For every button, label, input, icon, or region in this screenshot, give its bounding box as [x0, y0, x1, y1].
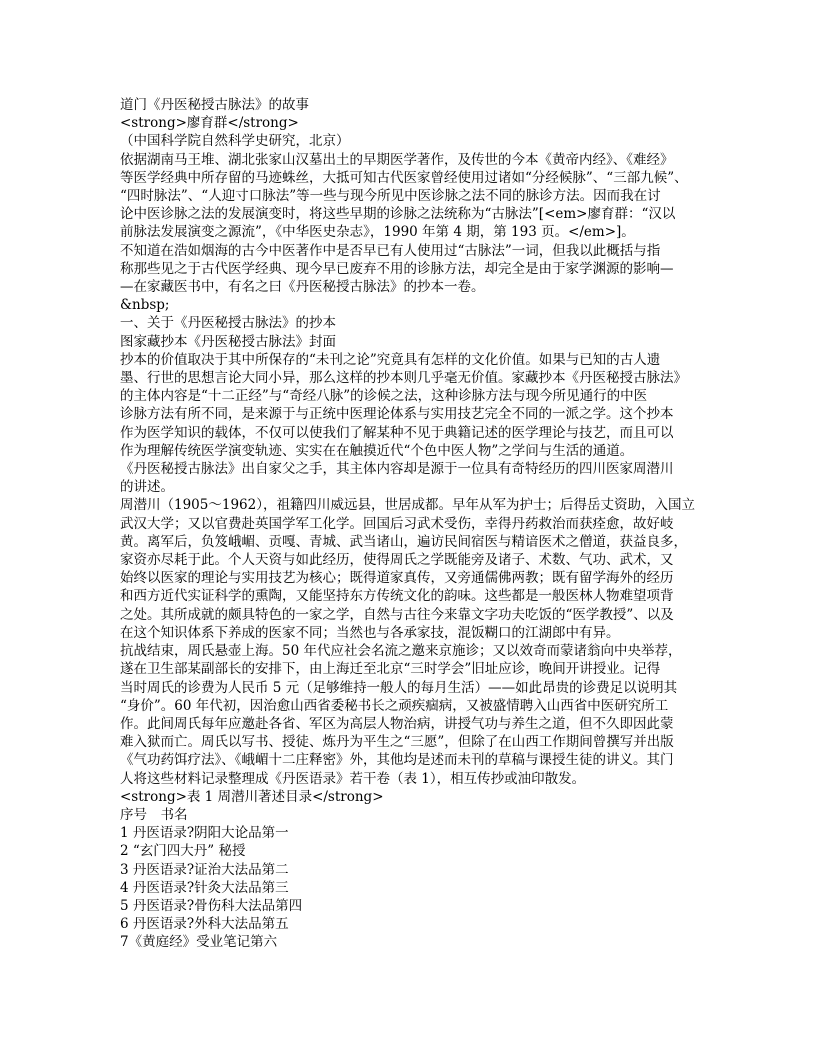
table-row-line: 6 丹医语录?外科大法品第五 — [120, 915, 704, 933]
body-text-line: 作。此间周氏每年应邀赴各省、军区为高层人物治病，讲授气功与养生之道，但不久即因此… — [120, 715, 704, 733]
body-text-line: 之处。其所成就的颇具特色的一家之学，自然与古往今来靠文字功夫吃饭的“医学教授”、… — [120, 606, 704, 624]
body-text-line: 抄本的价值取决于其中所保存的“未刊之论”究竟具有怎样的文化价值。如果与已知的古人… — [120, 351, 704, 369]
body-text-line: 一、关于《丹医秘授古脉法》的抄本 — [120, 314, 704, 332]
body-text-line: 武汉大学；又以官费赴英国学军工化学。回国后习武术受伤，幸得丹药救治而获痊愈，故好… — [120, 515, 704, 533]
table-row-line: 3 丹医语录?证治大法品第二 — [120, 861, 704, 879]
body-text-line: 的主体内容是“十二正经”与“奇经八脉”的诊候之法，这种诊脉方法与现今所见通行的中… — [120, 387, 704, 405]
body-text-line: 周潜川（1905～1962），祖籍四川威远县，世居成都。早年从军为护士；后得岳丈… — [120, 496, 704, 514]
table-row-line: 5 丹医语录?骨伤科大法品第四 — [120, 897, 704, 915]
body-text-line: 《气功药饵疗法》、《峨嵋十二庄释密》外，其他均是述而未刊的草稿与课授生徒的讲义。… — [120, 751, 704, 769]
body-text-line: 的讲述。 — [120, 478, 704, 496]
body-text-line: 诊脉方法有所不同，是来源于与正统中医理论体系与实用技艺完全不同的一派之学。这个抄… — [120, 405, 704, 423]
body-text-line: “四时脉法”、“人迎寸口脉法”等一些与现今所见中医诊脉之法不同的脉诊方法。因而我… — [120, 187, 704, 205]
body-text-line: 在这个知识体系下养成的医家不同；当然也与各承家技，混饭糊口的江湖郎中有异。 — [120, 624, 704, 642]
table-row-line: 4 丹医语录?针灸大法品第三 — [120, 879, 704, 897]
table-caption: <strong>表 1 周潜川著述目录</strong> — [120, 788, 704, 806]
table-row-line: 1 丹医语录?阴阳大论品第一 — [120, 824, 704, 842]
article-body: 依据湖南马王堆、湖北张家山汉墓出土的早期医学著作，及传世的今本《黄帝内经》、《难… — [120, 151, 704, 788]
body-text-line: 难入狱而亡。周氏以写书、授徒、炼丹为平生之“三愿”，但除了在山西工作期间曾撰写并… — [120, 733, 704, 751]
body-text-line: 作为理解传统医学演变轨迹、实实在在触摸近代“个色中医人物”之学问与生活的通道。 — [120, 442, 704, 460]
body-text-line: 和西方近代实证科学的熏陶，又能坚持东方传统文化的韵味。这些都是一般医林人物难望项… — [120, 587, 704, 605]
body-text-line: 作为医学知识的载体，不仅可以使我们了解某种不见于典籍记述的医学理论与技艺，而且可… — [120, 424, 704, 442]
body-text-line: 人将这些材料记录整理成《丹医语录》若干卷（表 1），相互传抄或油印散发。 — [120, 770, 704, 788]
body-text-line: 《丹医秘授古脉法》出自家父之手，其主体内容却是源于一位具有奇特经历的四川医家周潜… — [120, 460, 704, 478]
article-affiliation: （中国科学院自然科学史研究，北京） — [120, 132, 704, 150]
article-title: 道门《丹医秘授古脉法》的故事 — [120, 96, 704, 114]
body-text-line: 墨、行世的思想言论大同小异，那么这样的抄本则几乎毫无价值。家藏抄本《丹医秘授古脉… — [120, 369, 704, 387]
table-row-line: 2 “玄门四大丹” 秘授 — [120, 842, 704, 860]
body-text-line: 不知道在浩如烟海的古今中医著作中是否早已有人使用过“古脉法”一词，但我以此概括与… — [120, 242, 704, 260]
body-text-line: 依据湖南马王堆、湖北张家山汉墓出土的早期医学著作，及传世的今本《黄帝内经》、《难… — [120, 151, 704, 169]
body-text-line: 当时周氏的诊费为人民币 5 元（足够维持一般人的每月生活）——如此昂贵的诊费足以… — [120, 679, 704, 697]
body-text-line: 等医学经典中所存留的马迹蛛丝，大抵可知古代医家曾经使用过诸如“分经候脉”、“三部… — [120, 169, 704, 187]
table-row-line: 7《黄庭经》受业笔记第六 — [120, 933, 704, 951]
article-byline: <strong>廖育群</strong> — [120, 114, 704, 132]
body-text-line: “身价”。60 年代初，因治愈山西省委秘书长之顽疾痼病，又被盛情聘入山西省中医研… — [120, 697, 704, 715]
body-text-line: 称那些见之于古代医学经典、现今早已废弃不用的诊脉方法，却完全是由于家学渊源的影响… — [120, 260, 704, 278]
body-text-line: —在家藏医书中，有名之曰《丹医秘授古脉法》的抄本一卷。 — [120, 278, 704, 296]
table-header: 序号 书名 — [120, 806, 704, 824]
body-text-line: 黄。离军后，负笈峨嵋、贡嘎、青城、武当诸山，遍访民间宿医与精谙医术之僧道，获益良… — [120, 533, 704, 551]
body-text-line: 前脉法发展演变之源流”，《中华医史杂志》，1990 年第 4 期，第 193 页… — [120, 223, 704, 241]
body-text-line: 始终以医家的理论与实用技艺为核心；既得道家真传，又旁通儒佛两教；既有留学海外的经… — [120, 569, 704, 587]
document-page: 道门《丹医秘授古脉法》的故事 <strong>廖育群</strong> （中国科… — [0, 0, 816, 1056]
body-text-line: 图家藏抄本《丹医秘授古脉法》封面 — [120, 333, 704, 351]
body-text-line: 抗战结束，周氏悬壶上海。50 年代应社会名流之邀来京施诊；又以效奇而蒙诸翁向中央… — [120, 642, 704, 660]
body-text-line: 家资亦尽耗于此。个人天资与如此经历，使得周氏之学既能旁及诸子、术数、气功、武术，… — [120, 551, 704, 569]
body-text-line: 遂在卫生部某副部长的安排下，由上海迁至北京“三时学会”旧址应诊，晚间开讲授业。记… — [120, 660, 704, 678]
body-text-line: &nbsp; — [120, 296, 704, 314]
body-text-line: 论中医诊脉之法的发展演变时，将这些早期的诊脉之法统称为“古脉法”[<em>廖育群… — [120, 205, 704, 223]
table-rows: 1 丹医语录?阴阳大论品第一2 “玄门四大丹” 秘授3 丹医语录?证治大法品第二… — [120, 824, 704, 951]
